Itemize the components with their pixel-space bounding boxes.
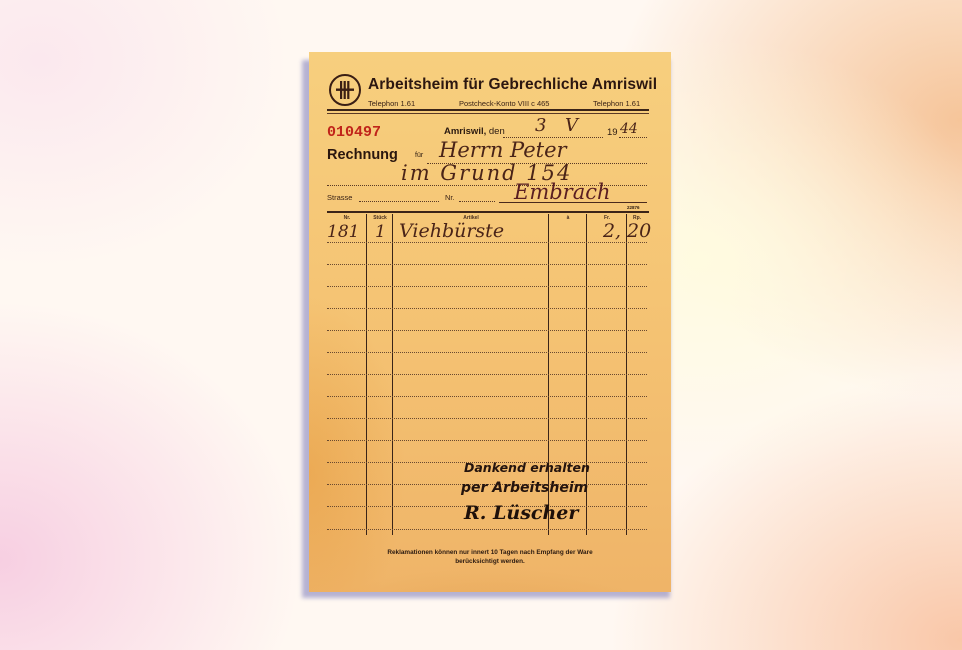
- col-header-a: à: [549, 215, 587, 221]
- footer-note-line-2: berücksichtigt werden.: [309, 557, 671, 566]
- strasse-underline: [359, 201, 439, 202]
- invoice-paper: Arbeitsheim für Gebrechliche Amriswil Te…: [309, 52, 671, 592]
- stamp-line-1: Dankend erhalten: [464, 460, 590, 475]
- row-1-stueck: 1: [375, 222, 386, 242]
- stamp-line-2: per Arbeitsheim: [461, 480, 588, 496]
- recipient-name: Herrn Peter: [439, 138, 567, 162]
- fuer-label: für: [415, 152, 423, 159]
- row-line: [327, 374, 647, 375]
- signature: R. Lüscher: [464, 502, 578, 524]
- year-suffix: 44: [620, 121, 638, 137]
- row-line: [327, 529, 647, 530]
- row-line: [327, 352, 647, 353]
- nr-underline: [459, 201, 495, 202]
- strasse-label: Strasse: [327, 193, 352, 202]
- invoice-title: Rechnung: [327, 147, 398, 163]
- col-header-stueck: Stück: [367, 215, 393, 221]
- header-rule: [327, 109, 649, 111]
- date-month: V: [565, 115, 578, 136]
- date-prefix: den: [489, 126, 505, 137]
- town: Embrach: [514, 180, 611, 204]
- postcheck-account: Postcheck-Konto VIII c 465: [459, 99, 549, 108]
- row-line: [327, 308, 647, 309]
- place-label: Amriswil,: [444, 126, 486, 137]
- row-line: [327, 242, 647, 243]
- row-line: [327, 440, 647, 441]
- company-name: Arbeitsheim für Gebrechliche Amriswil: [368, 76, 657, 94]
- year-underline: [619, 137, 647, 138]
- telephone-left: Telephon 1.61: [368, 99, 415, 108]
- header-rule-thin: [327, 113, 649, 114]
- row-line: [327, 286, 647, 287]
- footer-note-line-1: Reklamationen können nur innert 10 Tagen…: [309, 548, 671, 557]
- row-1-nr: 181: [327, 222, 359, 242]
- town-underline: [499, 202, 647, 203]
- row-line: [327, 418, 647, 419]
- row-1-artikel: Viehbürste: [399, 220, 504, 242]
- row-line: [327, 264, 647, 265]
- date-day: 3: [535, 115, 546, 136]
- row-1-fr: 2: [603, 220, 615, 242]
- year-prefix: 19: [607, 127, 618, 138]
- form-code: 22876: [627, 205, 640, 210]
- row-line: [327, 396, 647, 397]
- invoice-number: 010497: [327, 124, 381, 141]
- table-top-rule: [327, 211, 649, 213]
- nr-label: Nr.: [445, 193, 455, 202]
- row-1-rp: 20: [627, 220, 651, 242]
- telephone-right: Telephon 1.61: [593, 99, 640, 108]
- company-logo-icon: [329, 74, 361, 106]
- place-date-line: Amriswil, den: [444, 126, 505, 137]
- row-line: [327, 330, 647, 331]
- col-header-nr: Nr.: [327, 215, 367, 221]
